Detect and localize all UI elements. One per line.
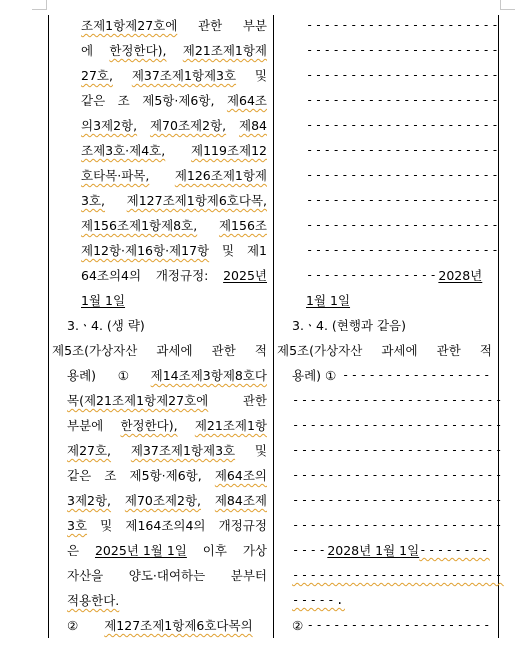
dash-line: ---------------------- [274,238,498,263]
text-line: 용례) ① ----------------- [274,363,498,388]
circled-number-2: ② [67,613,78,638]
page-corner-mark-left [32,0,47,10]
text-line: 3제2항, 제70조제2항, 제84조제 [49,488,273,513]
text-line: ② --------------------- [274,613,498,638]
text-line: 같은 조 제5항·제6항, 제64조의 [49,463,273,488]
effective-date: 2028년 [438,263,482,288]
dash-line: ---------------------- [274,213,498,238]
effective-date: 1월 1일 [81,288,125,313]
dash-line: ---------------------- [274,188,498,213]
article-5-title: 제5조(가상자산 과세에 관한 적 [49,338,273,363]
dash-line: ---------------------- [274,13,498,38]
dash-line: ------------------------ [274,563,498,588]
dash-line: -----. [274,588,498,613]
text-line: 부분에 한정한다), 제21조제1항 [49,413,273,438]
effective-date: 1월 1일 [306,288,350,313]
text-line: 27호, 제37조제1항제3호 및 [49,63,273,88]
text-line: ② 제127조제1항제6호다목의 [49,613,273,638]
text-line: 적용한다. [49,588,273,613]
text-line: 자산을 양도·대여하는 분부터 [49,563,273,588]
text-line: 3호, 제127조제1항제6호다목, [49,188,273,213]
text-line: 같은 조 제5항·제6항, 제64조 [49,88,273,113]
dash-line: ---------------------- [274,113,498,138]
page-corner-mark-right [500,0,515,10]
dash-line: ---------------------- [274,138,498,163]
circled-number-2: ② [292,613,303,638]
text-line: 조제3호·제4호, 제119조제12 [49,138,273,163]
text-line: 용례) ① 제14조제3항제8호다 [49,363,273,388]
dash-line: ---------------------- [274,163,498,188]
text-line: 호타목·파목, 제126조제1항제 [49,163,273,188]
current-text-column[interactable]: ---------------------- -----------------… [274,13,498,638]
text-line: 제27호, 제37조제1항제3호 및 [49,438,273,463]
dash-line: ------------------------ [274,388,498,413]
text-line: 조제1항제27호에 관한 부분 [49,13,273,38]
dash-line: ------------------------ [274,513,498,538]
dash-line: ------------------------ [274,488,498,513]
text-line: 1월 1일 [49,288,273,313]
text-line: 제156조제1항제8호, 제156조 [49,213,273,238]
text-line: 은 2025년 1월 1일 이후 가상 [49,538,273,563]
text-line: 3.ㆍ4. (현행과 같음) [274,313,498,338]
dash-line: ---------------------- [274,88,498,113]
article-5-title: 제5조(가상자산 과세에 관한 적 [274,338,498,363]
effective-date: 2028년 1월 1일 [327,538,419,563]
text-line: 의3제2항, 제70조제2항, 제84 [49,113,273,138]
item-3-4-same: 3.ㆍ4. (현행과 같음) [292,313,406,338]
dash-line: ------------------------ [274,438,498,463]
date-line: --------------- 2028년 [274,263,498,288]
text-line: 3.ㆍ4. (생 략) [49,313,273,338]
dash-line: ------------------------ [274,413,498,438]
revised-text-column[interactable]: 조제1항제27호에 관한 부분 에 한정한다), 제21조제1항제 27호, 제… [49,13,273,638]
date-line: 1월 1일 [274,288,498,313]
date-line: ---- 2028년 1월 1일 -------- [274,538,498,563]
text-line: 목(제21조제1항제27호에 관한 [49,388,273,413]
effective-date: 2025년 [223,263,267,288]
text-line: 64조의4의 개정규정: 2025년 [49,263,273,288]
item-3-4-omitted: 3.ㆍ4. (생 략) [67,313,145,338]
dash-line: ---------------------- [274,63,498,88]
dash-line: ------------------------ [274,463,498,488]
effective-date: 2025년 1월 1일 [95,538,187,563]
text-line: 제12항·제16항·제17항 및 제1 [49,238,273,263]
text-line: 에 한정한다), 제21조제1항제 [49,38,273,63]
text-line: 3호 및 제164조의4의 개정규정 [49,513,273,538]
dash-line: ---------------------- [274,38,498,63]
